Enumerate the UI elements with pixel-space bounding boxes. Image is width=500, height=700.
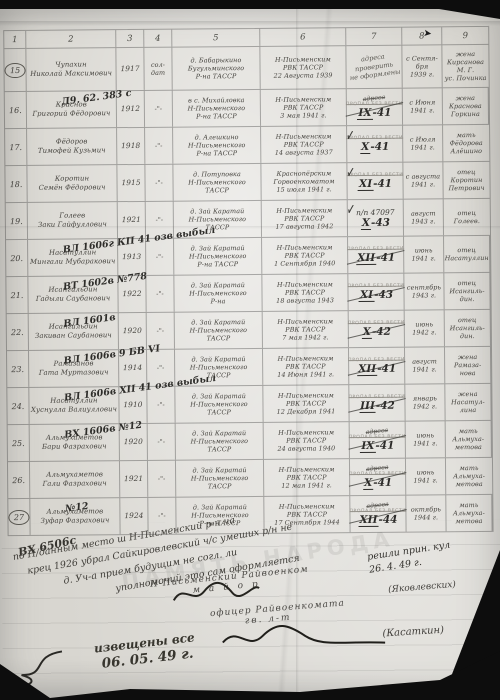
fate-cell: адресапропал без вестиIX-41: [347, 89, 403, 125]
relative-cell: отец Исангиль- дин.: [444, 273, 490, 309]
table-row: 15 Чупахин Николай Максимович 1917 сол- …: [4, 45, 488, 92]
relative-cell: отец Исангиль- дин.: [445, 310, 491, 346]
birthplace-cell: д. Алешкино Н-Письменского Р-на ТАССР: [173, 127, 261, 164]
no-news-since-cell: июнь 1941 г.: [406, 458, 446, 494]
signature-name: (Касаткин): [382, 625, 444, 640]
no-news-since-cell: с Сентя- бря 1939 г.: [402, 45, 442, 87]
table-row: 21. Исангильдин Гадыли Саубанович 1922 -…: [6, 273, 490, 314]
name-cell: Исангильдин Закиван Саубанович: [29, 313, 119, 350]
name-cell: Альмухаметов Бари Фазрахович: [30, 424, 120, 461]
ink-blot-arrow: ➤: [423, 28, 433, 40]
rank-cell: -"-: [147, 313, 175, 349]
drafted-by-cell: Н-Письменским РВК ТАССР 12 мая 1941 г.: [264, 459, 350, 496]
row-number: 19.: [10, 216, 23, 225]
relative-cell: жена Насатул- лина: [445, 384, 491, 420]
relative-cell: мать Фёдорова Алёшино: [443, 125, 489, 161]
table-row: 25. Альмухаметов Бари Фазрахович 1920 -"…: [8, 421, 492, 462]
name-cell: Исангильдин Гадыли Саубанович: [28, 276, 118, 313]
check: ✓: [346, 125, 355, 147]
table-row: 18. Коротин Семён Фёдорович 1915 -"- д. …: [5, 162, 489, 203]
row-number-cell: 16.: [5, 92, 27, 128]
drafted-by-cell: Н-Письменским РВК ТАССР 17 августа 1942: [262, 200, 348, 237]
relative-cell: мать Альмуха- метова: [446, 458, 492, 494]
row-number-cell: 15: [4, 49, 26, 91]
rank-cell: сол- дат: [144, 48, 172, 90]
fate-cell: пропал без вестиXI-43: [348, 274, 404, 310]
drafted-by-cell: Н-Письменским РВК ТАССР 14 Июня 1941 г.: [263, 348, 349, 385]
birthplace-cell: в с. Михайловка Н-Письменского Р-на ТАСС…: [173, 90, 261, 127]
rank-cell: -"-: [145, 91, 173, 127]
table-row: 22. Исангильдин Закиван Саубанович 1920 …: [7, 310, 491, 351]
paper-sheet: ПАМЯТЬ НАРОДА 123456789 15 Чупахин Никол…: [0, 0, 500, 700]
birth-year-cell: 1921: [118, 202, 146, 238]
column-header: 9: [442, 27, 488, 44]
rank-cell: -"-: [148, 461, 176, 497]
relative-cell: отец Насатуллин: [444, 236, 490, 272]
birth-year-cell: 1918: [117, 128, 145, 164]
check: ✓: [346, 199, 355, 221]
row-number: 25.: [12, 438, 25, 447]
row-number: 17.: [9, 142, 22, 151]
fate-cell: адреса проверить не оформлены: [346, 46, 402, 88]
row-number: 18.: [10, 179, 23, 188]
rank-cell: -"-: [146, 239, 174, 275]
drafted-by-cell: Н-Письменским РВК ТАССР 22 Августа 1939: [260, 46, 346, 89]
row-number-cell: 20.: [6, 240, 28, 276]
row-number-cell: 23.: [7, 351, 29, 387]
row-number-cell: 21.: [6, 277, 28, 313]
no-news-since-cell: июнь 1941 г.: [404, 236, 444, 272]
fate-cell: пропал без вестиX-42: [349, 311, 405, 347]
birth-year-cell: 1915: [117, 165, 145, 201]
relative-cell: жена Кирсанова М. Г. ус. Починка: [442, 45, 488, 87]
row-number-cell: 18.: [5, 166, 27, 202]
name-cell: Голеев Заки Гайфуллович: [28, 202, 118, 239]
row-number-cell: 25.: [8, 425, 30, 461]
code: X-41: [360, 140, 389, 152]
scanned-document-page: ПАМЯТЬ НАРОДА 123456789 15 Чупахин Никол…: [0, 0, 500, 700]
birth-year-cell: 1913: [118, 239, 146, 275]
birthplace-cell: д. Зай Каратай Н-Письменского Р-на: [174, 275, 262, 312]
table-row: 16. Краснов Григорий Фёдорович 1912 -"- …: [5, 88, 489, 129]
row-number-cell: 17.: [5, 129, 27, 165]
birth-year-cell: 1921: [120, 461, 148, 497]
drafted-by-cell: Краснопёрским Горвоенкоматом 15 июля 194…: [261, 163, 347, 200]
birth-year-cell: 1912: [117, 91, 145, 127]
row-number: 21.: [11, 290, 24, 299]
row-number: 22.: [11, 327, 24, 336]
column-header: 2: [26, 30, 116, 48]
birthplace-cell: д. Зай Каратай Н-Письменского ТАССР: [176, 423, 264, 460]
row-number-cell: 26.: [8, 462, 30, 498]
row-number: 26.: [12, 475, 25, 484]
casualty-table: 123456789 15 Чупахин Николай Максимович …: [3, 26, 493, 536]
relative-cell: отец Голеев.: [444, 199, 490, 235]
birth-year-cell: 1920: [119, 313, 147, 349]
birth-year-cell: 1910: [119, 387, 147, 423]
vlines: адреса проверить не оформлены: [347, 51, 401, 83]
notified-note: извещены все 06. 05. 49 г.: [93, 629, 197, 672]
table-row: 26. Альмухаметов Гали Фазрахович 1921 -"…: [8, 458, 492, 499]
birthplace-cell: д. Бабарыкино Бугульминского Р-на ТАССР: [172, 47, 260, 90]
drafted-by-cell: Н-Письменским РВК ТАССР 14 августа 1937: [261, 126, 347, 163]
column-header: 4: [144, 30, 172, 47]
relative-cell: жена Рамаза- нова: [445, 347, 491, 383]
fate-cell: пропал без вестиIII-42: [349, 385, 405, 421]
drafted-by-cell: Н-Письменским РВК ТАССР 7 мая 1942 г.: [263, 311, 349, 348]
relative-cell: жена Краснова Горкина: [443, 88, 489, 124]
column-header: 5: [172, 29, 260, 47]
row-number: 16.: [9, 105, 22, 114]
birthplace-cell: д. Зай Каратай Н-Письменского ТАССР: [176, 460, 264, 497]
name-cell: Рамазанов Гата Муртазович: [29, 350, 119, 387]
birthplace-cell: д. Зай Каратай Н-Письменского Р-на ТАССР: [174, 238, 262, 275]
fate-cell: п/п 47097X-43✓: [348, 200, 404, 236]
name-cell: Фёдоров Тимофей Кузьмич: [27, 128, 117, 165]
rank-cell: -"-: [148, 424, 176, 460]
signature-name: (Яковлевских): [388, 580, 456, 595]
bottom-notes: ВХ 6506с по Н/данным место ш Н-Писменски…: [2, 520, 500, 700]
page-content: 123456789 15 Чупахин Николай Максимович …: [0, 0, 500, 700]
row-number: 27: [9, 509, 29, 524]
row-number: 23.: [11, 364, 24, 373]
no-news-since-cell: август 1943 г.: [404, 199, 444, 235]
no-news-since-cell: с августа 1941 г.: [403, 162, 443, 198]
no-news-since-cell: январь 1942 г.: [405, 384, 445, 420]
table-row: 20. Насатуллин Мингали Мубаракович 1913 …: [6, 236, 490, 277]
drafted-by-cell: Н-Письменским РВК ТАССР 1 Сентября 1940: [262, 237, 348, 274]
rank-cell: -"-: [146, 202, 174, 238]
column-header: 1: [4, 31, 26, 48]
no-news-since-cell: август 1941 г.: [405, 347, 445, 383]
name-cell: Насатуллин Хуснулла Валиуллович: [29, 387, 119, 424]
no-news-since-cell: июнь 1942 г.: [405, 310, 445, 346]
rank-cell: -"-: [145, 165, 173, 201]
drafted-by-cell: Н-Письменским РВК ТАССР 24 августа 1940: [264, 422, 350, 459]
birth-year-cell: 1914: [119, 350, 147, 386]
row-number-cell: 22.: [7, 314, 29, 350]
name-cell: Насатуллин Мингали Мубаракович: [28, 239, 118, 276]
rank-cell: -"-: [145, 128, 173, 164]
column-header: 6: [260, 28, 346, 46]
rank-cell: -"-: [147, 387, 175, 423]
fate-cell: пропал без вестиXII-41: [348, 237, 404, 273]
drafted-by-cell: Н-Письменским РВК ТАССР 18 августа 1943: [262, 274, 348, 311]
check: ✓: [346, 162, 355, 184]
pp: п/п 47097: [356, 207, 395, 216]
row-number: 15: [5, 62, 25, 77]
table-row: 23. Рамазанов Гата Муртазович 1914 -"- д…: [7, 347, 491, 388]
name-cell: Чупахин Николай Максимович: [26, 48, 116, 91]
drafted-by-cell: Н-Письменским РВК ТАССР 3 мая 1941 г.: [261, 89, 347, 126]
code: X-43: [361, 216, 390, 228]
table-row: 24. Насатуллин Хуснулла Валиуллович 1910…: [7, 384, 491, 425]
table-row: 19. Голеев Заки Гайфуллович 1921 -"- д. …: [6, 199, 490, 240]
name-cell: Альмухаметов Гали Фазрахович: [30, 461, 120, 498]
birthplace-cell: д. Зай Каратай Н-Письменского ТАССР: [175, 312, 263, 349]
row-number: 20.: [10, 253, 23, 262]
birthplace-cell: д. Потуповка Н-Письменского ТАССР: [173, 164, 261, 201]
fate-cell: пропал без вестиXI-41✓: [347, 163, 403, 199]
row-number: 24.: [12, 401, 25, 410]
rank-cell: -"-: [147, 350, 175, 386]
code: XI-41: [358, 177, 392, 189]
no-news-since-cell: с Июля 1941 г.: [403, 125, 443, 161]
rank-cell: -"-: [146, 276, 174, 312]
birth-year-cell: 1922: [118, 276, 146, 312]
birthplace-cell: д. Зай Каратай Н-Письменского ТАССР: [175, 386, 263, 423]
table-row: 17. Фёдоров Тимофей Кузьмич 1918 -"- д. …: [5, 125, 489, 166]
drafted-by-cell: Н-Письменским РВК ТАССР 12 Декабря 1941: [263, 385, 349, 422]
birth-year-cell: 1920: [120, 424, 148, 460]
row-number-cell: 19.: [6, 203, 28, 239]
no-news-since-cell: с Июня 1941 г.: [403, 88, 443, 124]
row-number-cell: 24.: [7, 388, 29, 424]
name-cell: Коротин Семён Фёдорович: [27, 165, 117, 202]
relative-cell: отец Коротин Петрович: [443, 162, 489, 198]
column-header: 3: [116, 30, 144, 47]
no-news-since-cell: июнь 1941 г.: [406, 421, 446, 457]
fate-cell: адресапропал без вестиIX-41: [350, 422, 406, 458]
birthplace-cell: д. Зай Каратай Н-Письменского ТАССР: [174, 201, 262, 238]
fate-cell: пропал без вестиXII-41: [349, 348, 405, 384]
birthplace-cell: д. Зай Каратай Н-Письменского ТАССР: [175, 349, 263, 386]
column-header: 7: [346, 28, 402, 45]
fate-cell: пропал без вестиX-41✓: [347, 126, 403, 162]
no-news-since-cell: сентябрь 1943 г.: [404, 273, 444, 309]
name-cell: Краснов Григорий Фёдорович: [27, 91, 117, 128]
relative-cell: мать Альмуха- метова: [446, 421, 492, 457]
birth-year-cell: 1917: [116, 48, 144, 90]
